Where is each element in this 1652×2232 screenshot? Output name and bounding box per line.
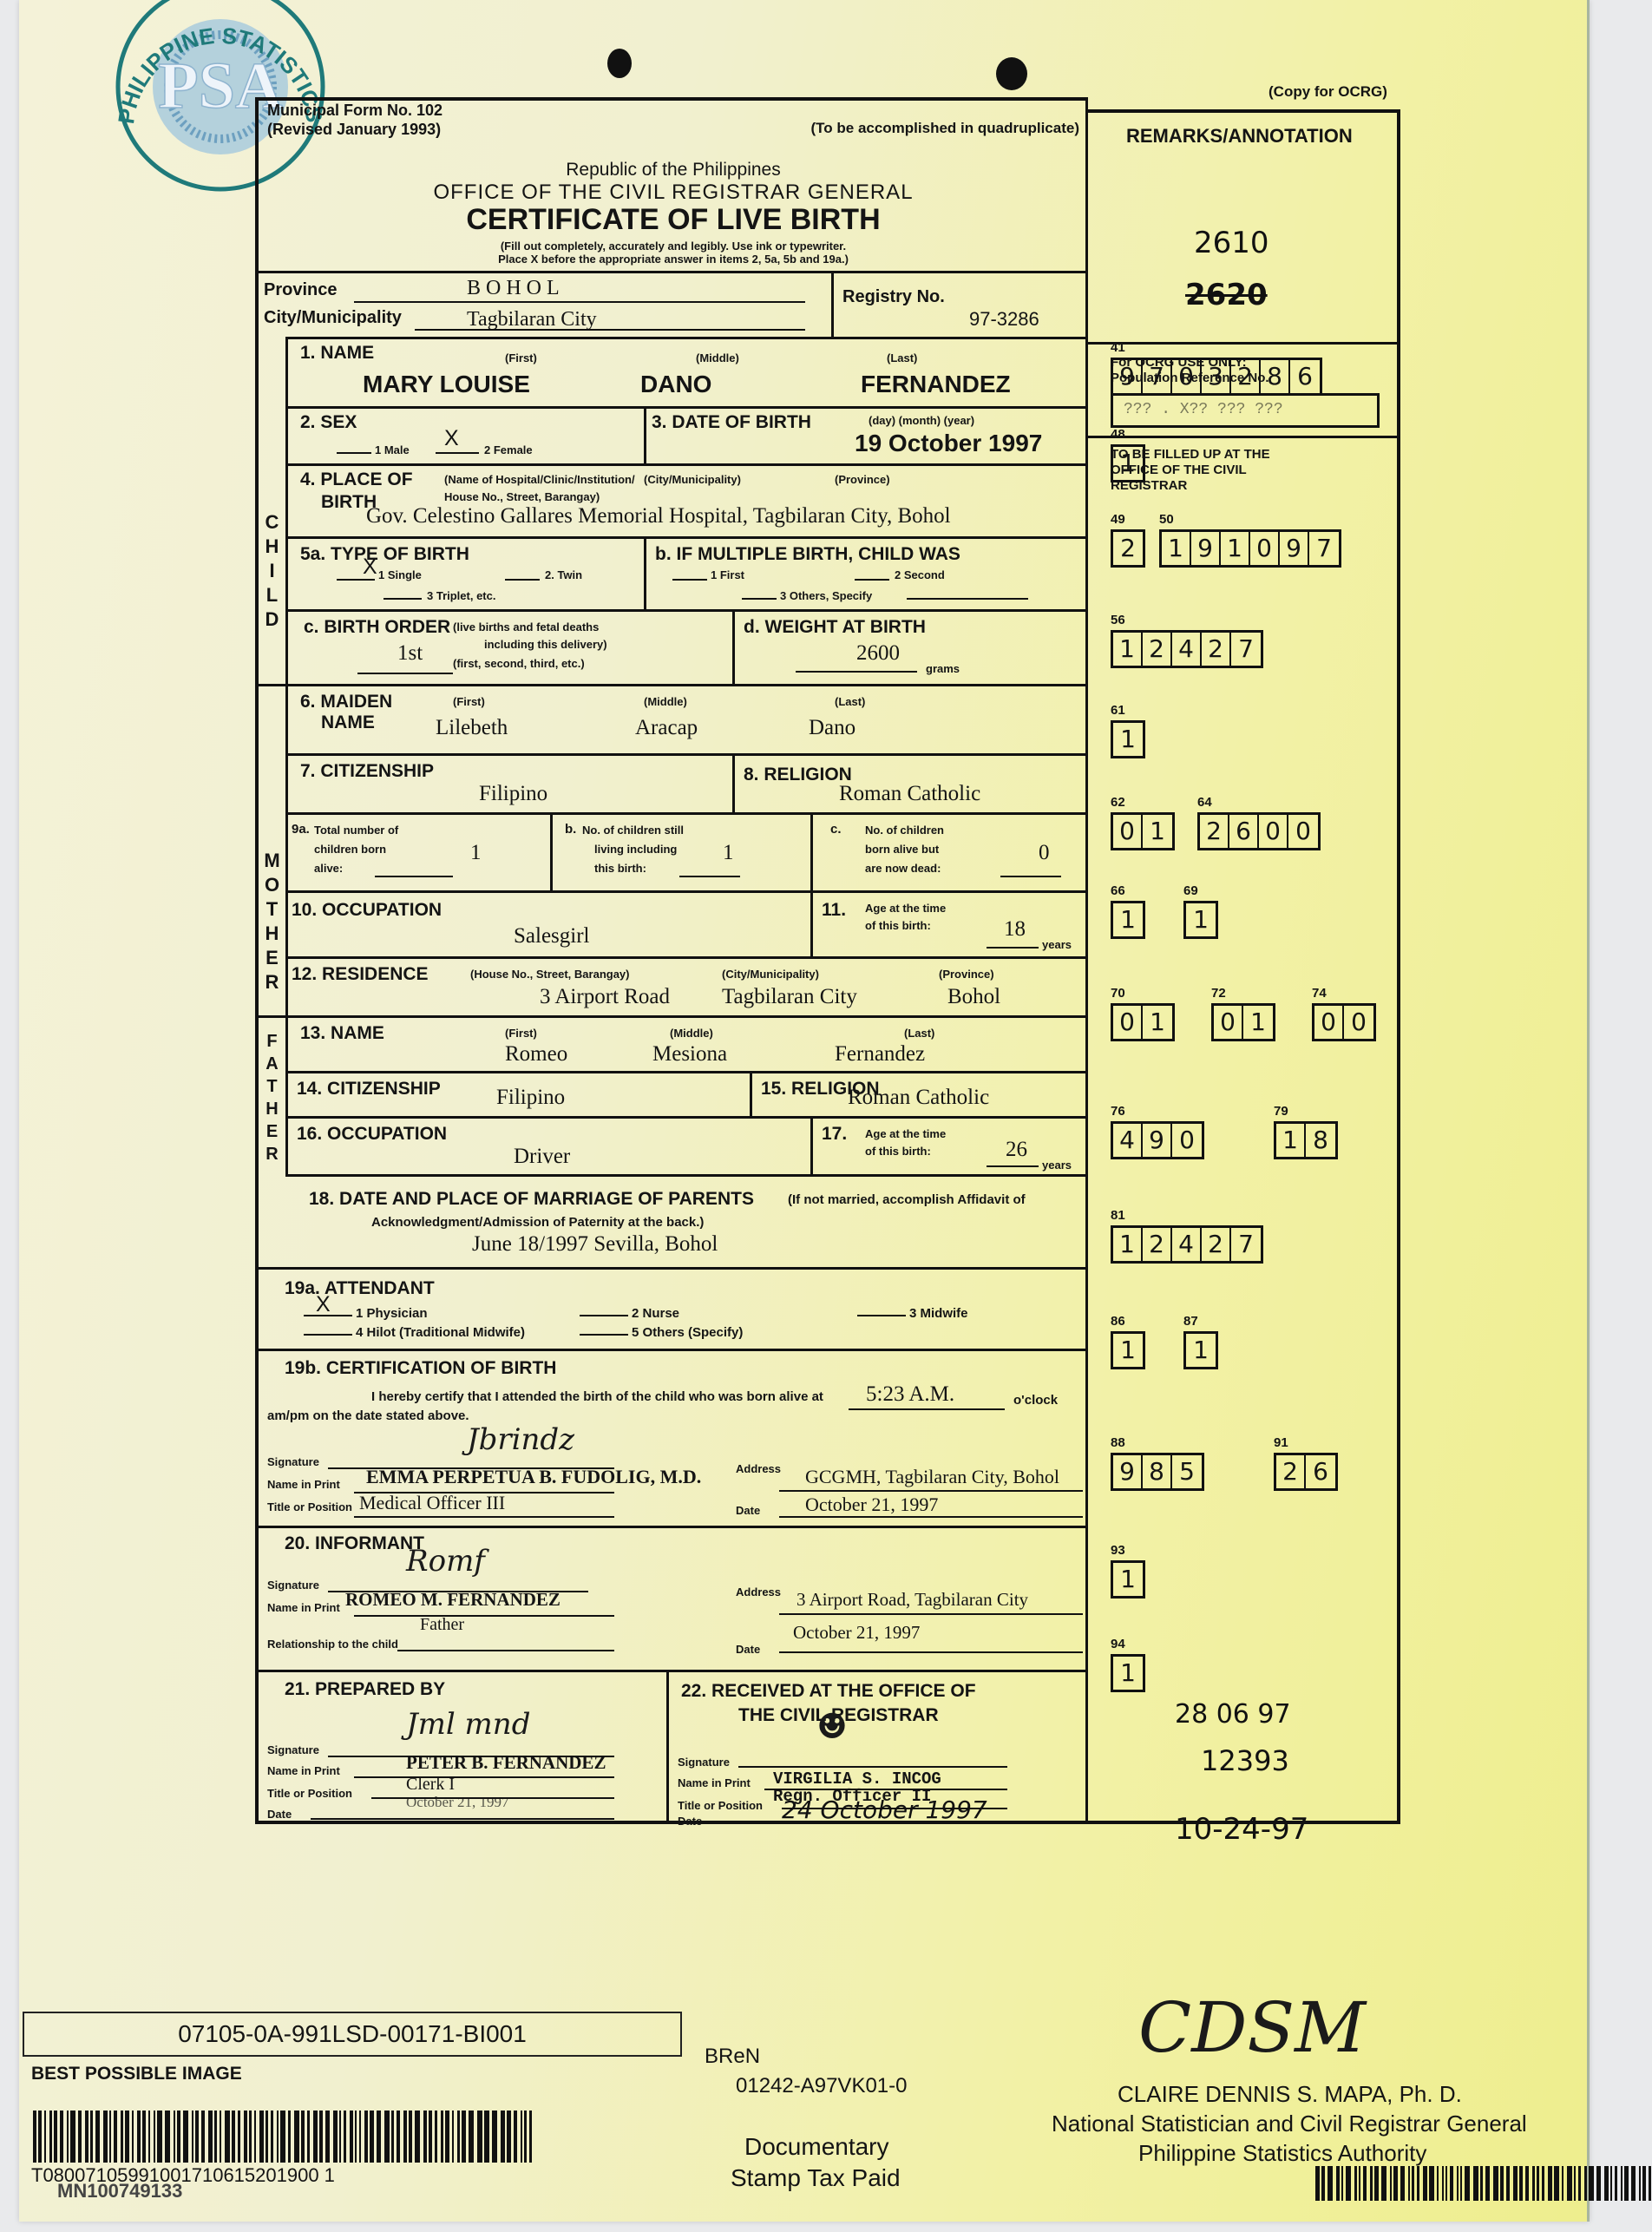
punch-hole — [607, 49, 632, 78]
code-digit: 9 — [1113, 360, 1143, 393]
population-reference-box: ??? . X?? ??? ??? — [1111, 393, 1380, 428]
code-label-41: 41 — [1111, 340, 1125, 355]
informant-address: 3 Airport Road, Tagbilaran City — [796, 1589, 1028, 1611]
sex-mark: X — [444, 426, 459, 451]
birth-certificate-form: Municipal Form No. 102 (Revised January … — [255, 97, 1088, 1824]
code-digit: 2 — [1143, 633, 1172, 666]
sex-option-male: 1 Male — [375, 443, 410, 456]
mother-citizenship-row: 7. CITIZENSHIP Filipino 8. RELIGION Roma… — [288, 753, 1088, 812]
code-digit: 9 — [1113, 1455, 1143, 1488]
code-label-93: 93 — [1111, 1543, 1125, 1558]
office-heading: OFFICE OF THE CIVIL REGISTRAR GENERAL — [259, 181, 1088, 205]
mother-occupation-row: 10. OCCUPATION Salesgirl 11. Age at the … — [288, 890, 1088, 956]
code-label-49: 49 — [1111, 512, 1125, 527]
bren-label: BReN — [705, 2045, 760, 2069]
child-place-of-birth: Gov. Celestino Gallares Memorial Hospita… — [366, 504, 951, 528]
official-organization: Philippine Statistics Authority — [1138, 2140, 1426, 2167]
code-digit: 0 — [1214, 1006, 1243, 1039]
mother-middle-name: Aracap — [635, 716, 698, 740]
code-digit: 3 — [1202, 360, 1231, 393]
code-boxes-50: 191097 — [1159, 529, 1341, 568]
registry-number: 97-3286 — [969, 308, 1039, 331]
handwritten-number: 12393 — [1201, 1744, 1289, 1777]
child-type-of-birth-row: 5a. TYPE OF BIRTH X 1 Single 2. Twin 3 T… — [288, 536, 1088, 609]
child-birth-order-row: c. BIRTH ORDER (live births and fetal de… — [288, 609, 1088, 684]
code-digit: 1 — [1243, 1006, 1273, 1039]
code-digit: 7 — [1143, 360, 1172, 393]
child-sex-dob-row: 2. SEX 1 Male X 2 Female 3. DATE OF BIRT… — [288, 406, 1088, 463]
mother-occupation: Salesgirl — [514, 924, 590, 949]
code-digit: 5 — [1172, 1455, 1202, 1488]
code-digit: 1 — [1186, 1334, 1216, 1367]
code-digit: 9 — [1280, 532, 1309, 565]
code-digit: 0 — [1172, 360, 1202, 393]
code-digit: 1 — [1186, 903, 1216, 936]
mother-children-row: 9a. Total number of children born alive:… — [288, 812, 1088, 890]
code-boxes-66: 1 — [1111, 901, 1145, 939]
code-label-66: 66 — [1111, 883, 1125, 898]
form-header: Municipal Form No. 102 (Revised January … — [259, 101, 1088, 274]
informant-relationship: Father — [420, 1615, 464, 1635]
father-middle-name: Mesiona — [652, 1042, 727, 1067]
father-first-name: Romeo — [505, 1042, 567, 1067]
code-digit: 0 — [1259, 815, 1288, 848]
code-digit: 8 — [1143, 1455, 1172, 1488]
code-boxes-74: 00 — [1312, 1003, 1376, 1041]
official-title: National Statistician and Civil Registra… — [1052, 2111, 1527, 2137]
code-label-50: 50 — [1159, 512, 1174, 527]
code-boxes-76: 490 — [1111, 1121, 1204, 1159]
code-boxes-64: 2600 — [1197, 812, 1321, 850]
registrar-name: VIRGILIA S. INCOG — [773, 1769, 941, 1789]
code-boxes-62: 01 — [1111, 812, 1175, 850]
code-digit: 6 — [1290, 360, 1320, 393]
code-digit: 1 — [1113, 723, 1143, 756]
father-name-row: 13. NAME (First) (Middle) (Last) Romeo M… — [288, 1015, 1088, 1071]
certification-row: 19b. CERTIFICATION OF BIRTH I hereby cer… — [259, 1349, 1088, 1526]
code-digit: 2 — [1202, 633, 1231, 666]
code-digit: 1 — [1113, 447, 1143, 480]
attendant-row: 19a. ATTENDANT X 1 Physician 2 Nurse 3 M… — [259, 1267, 1088, 1349]
code-digit: 1 — [1113, 903, 1143, 936]
child-place-of-birth-row: 4. PLACE OF BIRTH (Name of Hospital/Clin… — [288, 463, 1088, 536]
copy-note: (Copy for OCRG) — [1268, 83, 1387, 101]
registrar-signature: ☻ — [816, 1707, 848, 1747]
code-digit: 8 — [1306, 1124, 1335, 1157]
code-digit: 8 — [1261, 360, 1290, 393]
code-digit: 2 — [1113, 532, 1143, 565]
code-digit: 7 — [1231, 1228, 1261, 1261]
child-name-row: 1. NAME (First) (Middle) (Last) MARY LOU… — [288, 337, 1088, 406]
remarks-panel: REMARKS/ANNOTATION 2610 2620 For OCRG US… — [1088, 109, 1400, 1824]
barcode — [33, 2111, 535, 2163]
code-digit: 2 — [1202, 1228, 1231, 1261]
code-digit: 2 — [1200, 815, 1229, 848]
handwritten-received-date: 10-24-97 — [1175, 1812, 1308, 1847]
code-digit: 2 — [1143, 1228, 1172, 1261]
city-label: City/Municipality — [264, 308, 402, 328]
code-boxes-56: 12427 — [1111, 630, 1263, 668]
mother-residence-province: Bohol — [947, 985, 1000, 1009]
code-digit: 1 — [1113, 1334, 1143, 1367]
birth-order-value: 1st — [397, 641, 423, 666]
code-digit: 6 — [1306, 1455, 1335, 1488]
code-digit: 1 — [1221, 532, 1250, 565]
code-label-87: 87 — [1183, 1314, 1198, 1329]
father-occupation-row: 16. OCCUPATION Driver 17. Age at the tim… — [288, 1116, 1088, 1177]
code-label-64: 64 — [1197, 795, 1212, 810]
father-last-name: Fernandez — [835, 1042, 925, 1067]
code-boxes-49: 2 — [1111, 529, 1145, 568]
code-digit: 9 — [1191, 532, 1221, 565]
attendant-date: October 21, 1997 — [805, 1493, 938, 1516]
code-label-81: 81 — [1111, 1208, 1125, 1223]
code-digit: 6 — [1229, 815, 1259, 848]
registry-box: Registry No. 97-3286 — [831, 273, 1091, 337]
mother-citizenship: Filipino — [479, 782, 547, 806]
mother-name-row: 6. MAIDEN NAME (First) (Middle) (Last) L… — [288, 684, 1088, 753]
code-boxes-61: 1 — [1111, 720, 1145, 758]
code-boxes-41: 9703286 — [1111, 358, 1322, 396]
code-digit: 0 — [1344, 1006, 1373, 1039]
code-digit: 0 — [1250, 532, 1280, 565]
informant-date: October 21, 1997 — [793, 1622, 920, 1644]
remarks-value: 2610 — [1194, 226, 1269, 260]
code-label-48: 48 — [1111, 427, 1125, 442]
code-digit: 1 — [1143, 1006, 1172, 1039]
code-label-69: 69 — [1183, 883, 1198, 898]
father-occupation: Driver — [514, 1145, 570, 1169]
security-barcode — [1315, 2166, 1652, 2201]
code-boxes-94: 1 — [1111, 1654, 1145, 1692]
code-boxes-86: 1 — [1111, 1331, 1145, 1369]
province-value: BOHOL — [467, 277, 565, 300]
code-label-91: 91 — [1274, 1435, 1288, 1450]
attendant-name: EMMA PERPETUA B. FUDOLIG, M.D. — [366, 1466, 701, 1488]
code-digit: 4 — [1172, 633, 1202, 666]
code-digit: 1 — [1113, 1657, 1143, 1690]
republic-heading: Republic of the Philippines — [259, 160, 1088, 181]
handwritten-date: 28 06 97 — [1175, 1699, 1291, 1730]
children-born-alive: 1 — [470, 841, 482, 865]
preparer-signature: Jml mnd — [406, 1707, 530, 1742]
children-dead: 0 — [1039, 841, 1050, 865]
father-section-label: F A T H E R — [259, 1015, 288, 1177]
informant-row: 20. INFORMANT Romf Signature Name in Pri… — [259, 1526, 1088, 1670]
instructions: (Fill out completely, accurately and leg… — [259, 240, 1088, 266]
code-digit: 0 — [1113, 815, 1143, 848]
mother-residence-city: Tagbilaran City — [722, 985, 857, 1009]
father-age: 26 — [1006, 1138, 1027, 1162]
code-boxes-88: 985 — [1111, 1453, 1204, 1491]
code-digit: 4 — [1113, 1124, 1143, 1157]
marriage-date-place: June 18/1997 Sevilla, Bohol — [472, 1232, 718, 1257]
code-digit: 7 — [1231, 633, 1261, 666]
code-label-56: 56 — [1111, 613, 1125, 627]
child-date-of-birth: 19 October 1997 — [855, 430, 1042, 457]
document-code: 07105-0A-991LSD-00171-BI001 — [178, 2020, 527, 2047]
code-label-86: 86 — [1111, 1314, 1125, 1329]
best-image-label: BEST POSSIBLE IMAGE — [31, 2064, 242, 2084]
code-label-76: 76 — [1111, 1104, 1125, 1119]
punch-hole — [996, 57, 1027, 90]
preparer-date: October 21, 1997 — [406, 1794, 509, 1811]
code-digit: 1 — [1113, 633, 1143, 666]
city-value: Tagbilaran City — [467, 308, 597, 332]
code-label-94: 94 — [1111, 1637, 1125, 1651]
attendant-mark: X — [316, 1292, 331, 1317]
document-code-box: 07105-0A-991LSD-00171-BI001 — [23, 2012, 682, 2057]
attendant-title: Medical Officer III — [359, 1492, 505, 1514]
preparer-name: PETER B. FERNANDEZ — [406, 1752, 606, 1774]
mother-first-name: Lilebeth — [436, 716, 508, 740]
code-digit: 7 — [1309, 532, 1339, 565]
mother-residence-street: 3 Airport Road — [540, 985, 670, 1009]
mother-religion: Roman Catholic — [839, 782, 980, 806]
code-digit: 2 — [1276, 1455, 1306, 1488]
code-boxes-69: 1 — [1183, 901, 1218, 939]
code-boxes-70: 01 — [1111, 1003, 1175, 1041]
code-boxes-79: 18 — [1274, 1121, 1338, 1159]
province-label: Province — [264, 280, 337, 300]
child-middle-name: DANO — [640, 371, 711, 398]
code-boxes-91: 26 — [1274, 1453, 1338, 1491]
father-religion: Roman Catholic — [848, 1086, 989, 1110]
stamp-tax-line2: Stamp Tax Paid — [731, 2164, 901, 2192]
code-boxes-72: 01 — [1211, 1003, 1275, 1041]
page-title: CERTIFICATE OF LIVE BIRTH — [259, 203, 1088, 237]
code-boxes-48: 1 — [1111, 444, 1145, 483]
code-digit: 1 — [1113, 1563, 1143, 1596]
sex-option-female: 2 Female — [484, 443, 533, 456]
code-digit: 0 — [1172, 1124, 1202, 1157]
prepared-received-row: 21. PREPARED BY Jml mnd Signature Name i… — [259, 1670, 1088, 1824]
location-row: Province BOHOL City/Municipality Tagbila… — [259, 271, 1088, 337]
registrar-date: 24 October 1997 — [782, 1795, 987, 1824]
child-last-name: FERNANDEZ — [861, 371, 1011, 398]
code-label-88: 88 — [1111, 1435, 1125, 1450]
registrar-general-signature: CDSM — [1138, 1987, 1366, 2068]
serial-number: MN100749133 — [57, 2180, 182, 2202]
code-digit: 2 — [1231, 360, 1261, 393]
child-first-name: MARY LOUISE — [363, 371, 530, 398]
code-label-79: 79 — [1274, 1104, 1288, 1119]
attendant-address: GCGMH, Tagbilaran City, Bohol — [805, 1466, 1059, 1488]
code-boxes-81: 12427 — [1111, 1225, 1263, 1264]
code-digit: 0 — [1113, 1006, 1143, 1039]
father-citizenship: Filipino — [496, 1086, 565, 1110]
code-label-72: 72 — [1211, 986, 1226, 1001]
code-digit: 1 — [1113, 1228, 1143, 1261]
code-digit: 0 — [1314, 1006, 1344, 1039]
code-digit: 4 — [1172, 1228, 1202, 1261]
informant-signature: Romf — [406, 1544, 485, 1579]
remarks-title: REMARKS/ANNOTATION — [1126, 125, 1353, 148]
certificate-paper: PHILIPPINE STATISTICS AUTHORITY PSA (Cop… — [19, 0, 1590, 2222]
type-mark: X — [363, 555, 377, 580]
code-digit: 1 — [1143, 815, 1172, 848]
code-digit: 9 — [1143, 1124, 1172, 1157]
attendant-signature: Jbrindz — [467, 1422, 574, 1457]
code-digit: 0 — [1288, 815, 1318, 848]
code-digit: 1 — [1162, 532, 1191, 565]
code-label-62: 62 — [1111, 795, 1125, 810]
quadruplicate-note: (To be accomplished in quadruplicate) — [810, 120, 1079, 137]
code-label-70: 70 — [1111, 986, 1125, 1001]
code-label-61: 61 — [1111, 703, 1125, 718]
code-label-74: 74 — [1312, 986, 1327, 1001]
code-boxes-87: 1 — [1183, 1331, 1218, 1369]
birth-weight-value: 2600 — [856, 641, 900, 666]
father-citizenship-row: 14. CITIZENSHIP Filipino 15. RELIGION Ro… — [288, 1071, 1088, 1116]
remarks-struck-value: 2620 — [1185, 278, 1268, 312]
form-number: Municipal Form No. 102 — [267, 101, 442, 120]
marriage-row: 18. DATE AND PLACE OF MARRIAGE OF PARENT… — [259, 1177, 1088, 1267]
form-revision: (Revised January 1993) — [267, 120, 442, 139]
official-name: CLAIRE DENNIS S. MAPA, Ph. D. — [1118, 2081, 1462, 2108]
stamp-tax-line1: Documentary — [744, 2133, 889, 2161]
informant-name: ROMEO M. FERNANDEZ — [345, 1589, 560, 1611]
mother-residence-row: 12. RESIDENCE (House No., Street, Barang… — [288, 956, 1088, 1015]
bren-number: 01242-A97VK01-0 — [736, 2074, 907, 2098]
preparer-title: Clerk I — [406, 1775, 455, 1795]
birth-time: 5:23 A.M. — [866, 1382, 954, 1407]
code-digit: 1 — [1276, 1124, 1306, 1157]
mother-age: 18 — [1004, 917, 1026, 942]
mother-last-name: Dano — [809, 716, 855, 740]
children-living: 1 — [723, 841, 734, 865]
code-boxes-93: 1 — [1111, 1560, 1145, 1599]
registry-label: Registry No. — [842, 287, 945, 307]
